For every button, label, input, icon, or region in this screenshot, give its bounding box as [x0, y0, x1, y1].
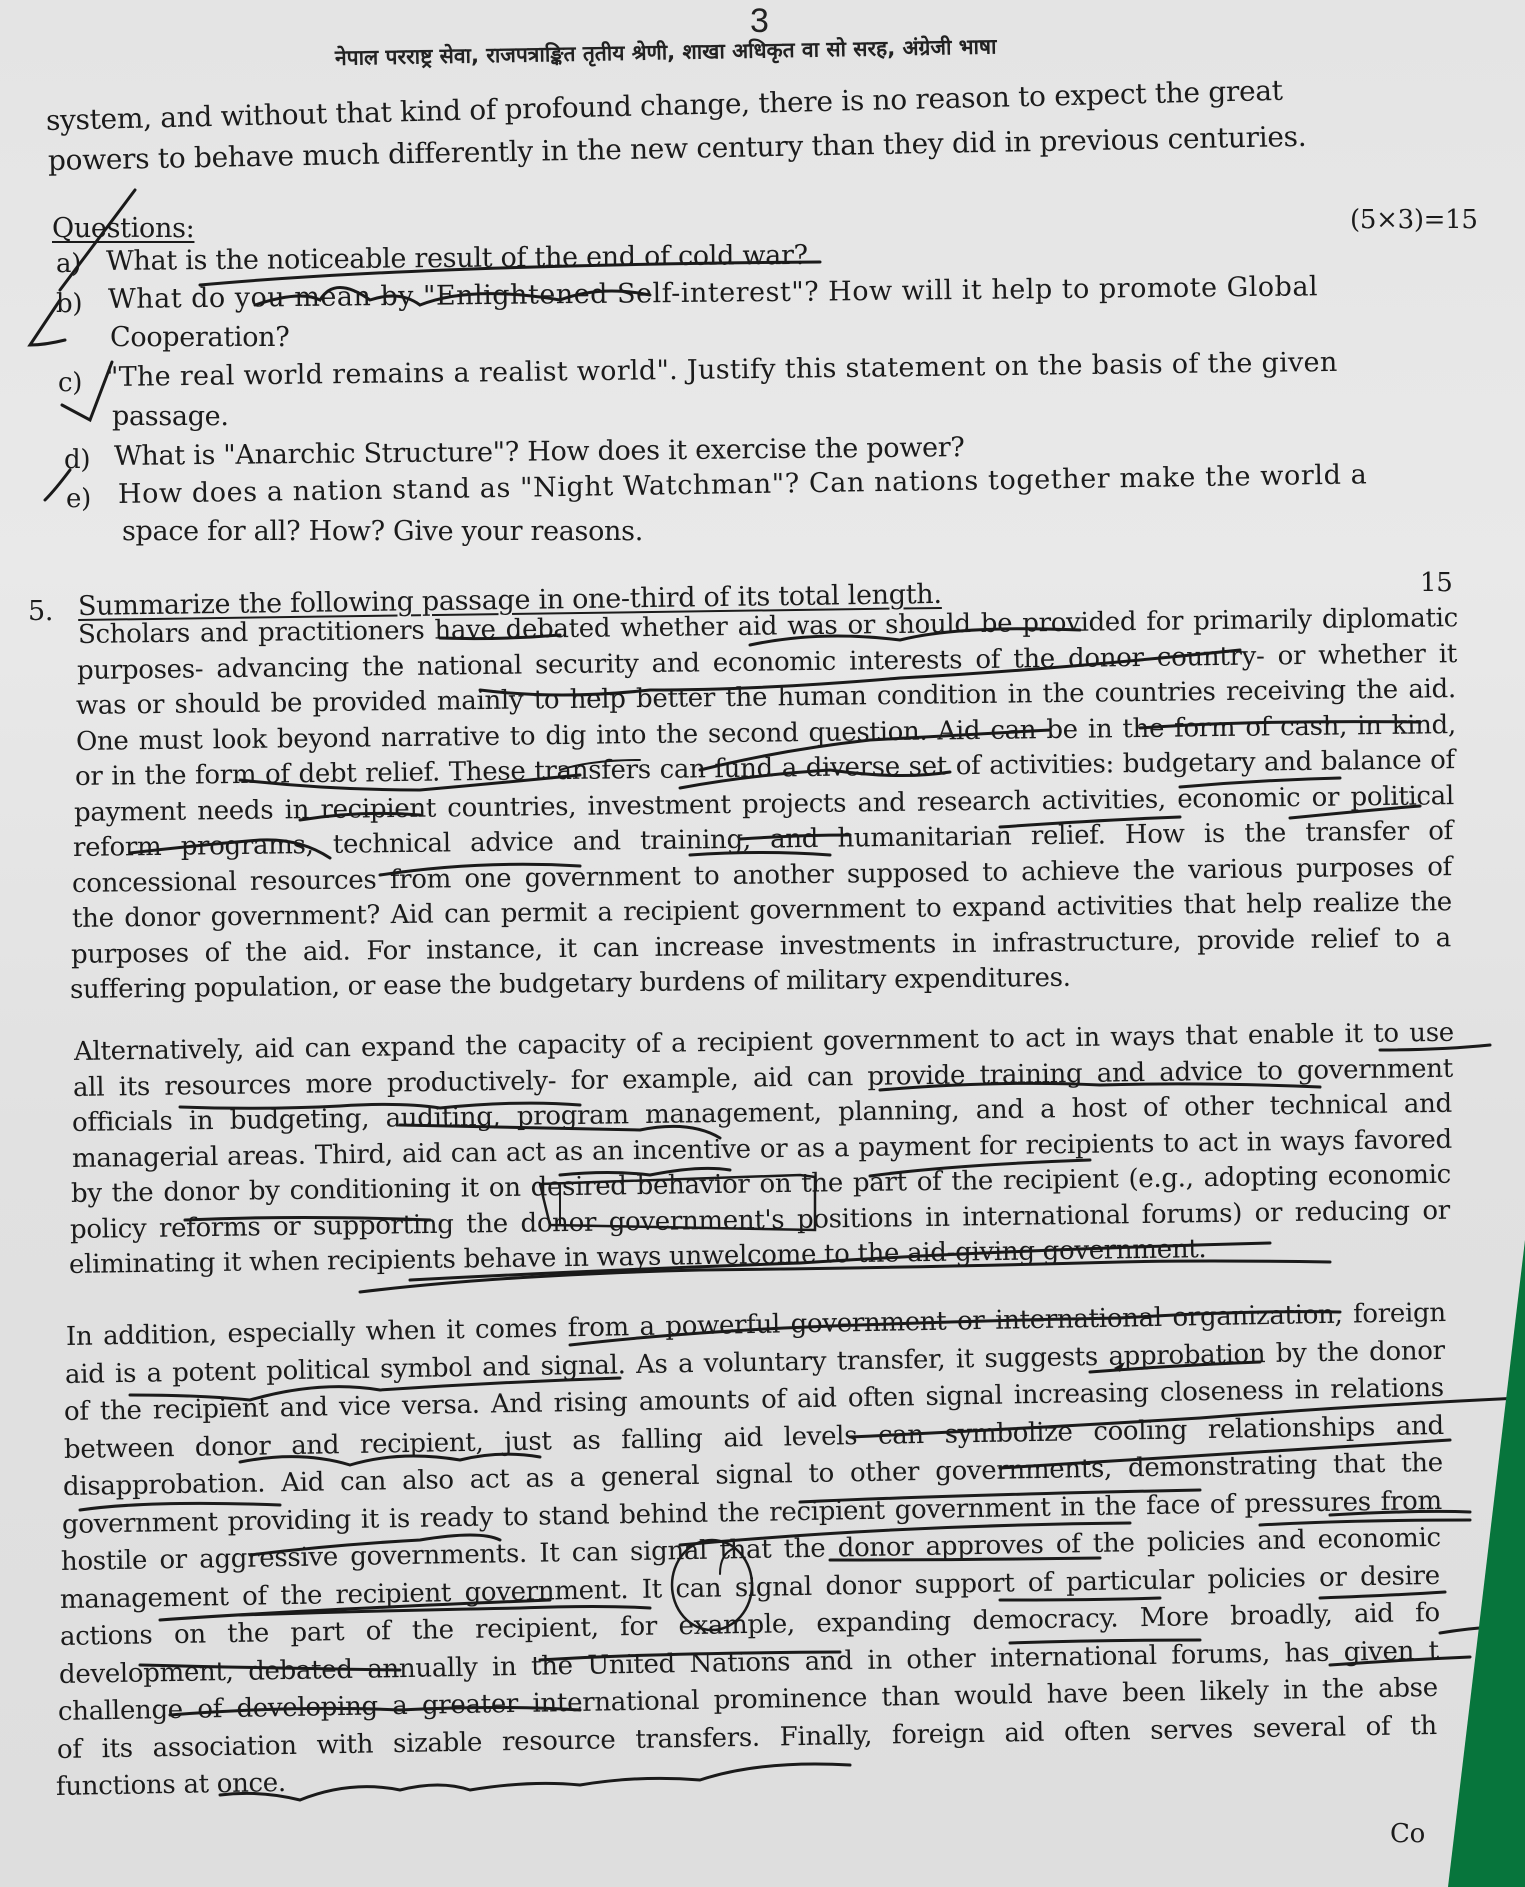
- question-a: What is the noticeable result of the end…: [106, 239, 808, 279]
- exam-page: 3 नेपाल परराष्ट्र सेवा, राजपत्राङ्कित तृ…: [0, 0, 1525, 1887]
- question-label: e): [66, 482, 91, 516]
- exam-header: नेपाल परराष्ट्र सेवा, राजपत्राङ्कित तृती…: [335, 32, 997, 72]
- questions-heading: Questions:: [52, 212, 194, 246]
- page-number: 3: [750, 2, 769, 41]
- q5-number: 5.: [28, 595, 53, 629]
- accent-shape: [1448, 1240, 1525, 1887]
- question-label: d): [64, 443, 90, 477]
- continued-label: Co: [1390, 1817, 1425, 1851]
- passage-line: functions at once.: [56, 1766, 286, 1804]
- question-label: b): [56, 287, 82, 321]
- question-c: "The real world remains a realist world"…: [106, 346, 1338, 395]
- question-b: Cooperation?: [110, 321, 289, 355]
- q5-marks: 15: [1420, 566, 1452, 600]
- question-c: passage.: [112, 400, 229, 434]
- question-label: c): [58, 366, 82, 400]
- question-e: space for all? How? Give your reasons.: [122, 515, 643, 549]
- question-label: a): [56, 247, 81, 281]
- questions-marks: (5×3)=15: [1350, 203, 1478, 237]
